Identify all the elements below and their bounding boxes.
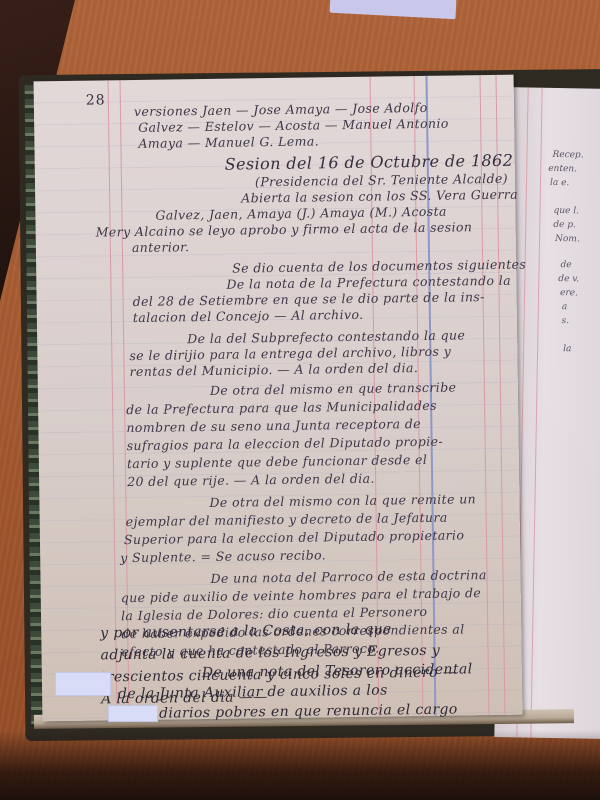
text-line: de la Prefectura para que las Municipali…: [126, 398, 437, 417]
text-line: Abierta la sesion con los SS. Vera Guerr…: [241, 187, 518, 206]
session-heading: Sesion del 16 de Octubre de 1862: [225, 151, 514, 174]
right-page-text: Nom.: [555, 234, 580, 244]
right-page-text: enten.: [548, 164, 577, 174]
text-line: la Iglesia de Dolores: dio cuenta el Per…: [121, 604, 428, 623]
text-line: ejemplar del manifiesto y decreto de la …: [126, 510, 448, 529]
blue-sticker: [108, 705, 158, 722]
text-line: rentas del Municipio. — A la orden del d…: [130, 360, 419, 379]
text-line: 20 del que rije. — A la orden del dia.: [127, 471, 375, 489]
right-page-text: de: [560, 260, 571, 270]
text-line: De otra del mismo con la que remite un: [209, 491, 476, 510]
handwritten-text: versiones Jaen — Jose Amaya — Jose Adolf…: [34, 99, 514, 106]
text-line: sufragios para la eleccion del Diputado …: [127, 434, 444, 453]
right-page-text: la: [563, 344, 571, 354]
red-margin-rule: [530, 88, 542, 738]
text-line: que pide auxilio de veinte hombres para …: [121, 585, 482, 605]
text-line: anterior.: [132, 239, 190, 255]
right-page-text: de v.: [558, 274, 579, 284]
right-page-text: de p.: [553, 220, 576, 230]
text-line: talacion del Concejo — Al archivo.: [133, 307, 364, 325]
text-line: De una nota del Parroco de esta doctrina: [210, 567, 486, 586]
text-line: y Suplente. = Se acuso recibo.: [120, 547, 326, 565]
right-page-text: que l.: [553, 206, 579, 216]
text-line: Superior para la eleccion del Diputado p…: [124, 527, 465, 547]
table-shadow: [0, 730, 600, 800]
text-line: tario y suplente que debe funcionar desd…: [127, 452, 428, 471]
blue-sticker: [55, 672, 111, 696]
text-line: del 28 de Setiembre en que se le dio par…: [133, 289, 485, 309]
right-page-text: la e.: [550, 178, 569, 188]
right-page-text: Recep.: [552, 150, 583, 161]
text-line: nombren de su seno una Junta receptora d…: [126, 416, 421, 435]
right-page-text: ere.: [560, 288, 578, 298]
text-line: Galvez — Estelov — Acosta — Manuel Anton…: [138, 116, 449, 135]
right-page-text: s.: [562, 316, 570, 326]
right-page-text: a: [562, 302, 568, 312]
page-number: 28: [86, 92, 106, 108]
text-line: Amaya — Manuel G. Lema.: [138, 133, 319, 151]
text-line: De otra del mismo en que transcribe: [210, 380, 457, 398]
